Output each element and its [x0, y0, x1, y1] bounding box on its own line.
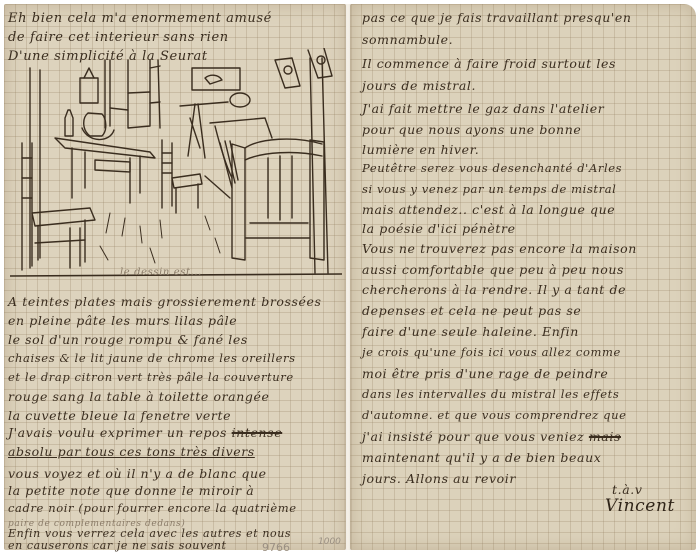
body-line: et le drap citron vert très pâle la couv… — [8, 372, 294, 384]
struck-word: intense — [232, 425, 283, 440]
chair-left-icon — [22, 143, 95, 270]
wall-picture-icon — [192, 68, 240, 90]
body-line: en causerons car je ne sais souvent — [8, 540, 227, 551]
archive-number: 9766 — [262, 541, 290, 554]
right-line: lumière en hiver. — [362, 144, 479, 157]
struck-word: mais — [589, 429, 621, 444]
towel-hook-icon — [80, 68, 98, 103]
right-line: la poésie d'ici pénètre — [362, 223, 516, 236]
right-line: J'ai fait mettre le gaz dans l'atelier — [362, 103, 604, 116]
right-line: d'automne. et que vous comprendrez que — [362, 410, 627, 422]
right-line: j'ai insisté pour que vous veniez mais — [362, 431, 621, 444]
chair-center-icon — [162, 140, 202, 213]
right-line: maintenant qu'il y a de bien beaux — [362, 452, 601, 465]
body-line: A teintes plates mais grossierement bros… — [8, 296, 322, 309]
body-line: vous voyez et où il n'y a de blanc que — [8, 468, 267, 481]
header-line: de faire cet interieur sans rien — [8, 31, 229, 44]
header-line: Eh bien cela m'a enormement amusé — [8, 12, 272, 25]
body-line: J'avais voulu exprimer un repos intense — [8, 427, 282, 440]
right-line: si vous y venez par un temps de mistral — [362, 184, 616, 196]
body-line: la cuvette bleue la fenetre verte — [8, 410, 231, 423]
page-fold — [344, 4, 352, 550]
right-line: somnambule. — [362, 34, 453, 47]
right-line: jours de mistral. — [362, 80, 476, 93]
body-line: absolu par tous ces tons très divers — [8, 446, 255, 459]
body-line: rouge sang la table à toilette orangée — [8, 391, 269, 404]
floor-strokes — [100, 213, 220, 263]
page-number: 1000 — [318, 537, 341, 547]
right-line: Peutêtre serez vous desenchanté d'Arles — [362, 163, 622, 175]
right-text: j'ai insisté pour que vous veniez — [362, 429, 584, 444]
window-icon — [105, 60, 160, 128]
closing: t.à.v — [612, 484, 642, 497]
right-line: dans les intervalles du mistral les effe… — [362, 389, 619, 401]
sketch-caption: le dessin est... — [120, 268, 202, 278]
right-line: chercherons à la rendre. Il y a tant de — [362, 284, 626, 297]
body-line: le sol d'un rouge rompu & fané les — [8, 334, 248, 347]
right-line: moi être pris d'une rage de peindre — [362, 368, 608, 381]
right-line: pas ce que je fais travaillant presqu'en — [362, 12, 632, 25]
body-text: J'avais voulu exprimer un repos — [8, 425, 227, 440]
right-line: depenses et cela ne peut pas se — [362, 305, 581, 318]
bedroom-sketch — [10, 48, 342, 280]
body-line: Enfin vous verrez cela avec les autres e… — [8, 528, 291, 539]
body-line: la petite note que donne le miroir à — [8, 485, 254, 498]
signature: Vincent — [605, 498, 675, 515]
right-line: mais attendez.. c'est à la longue que — [362, 204, 615, 217]
portrait-picture-icon — [275, 48, 332, 88]
right-line: Il commence à faire froid surtout les — [362, 58, 616, 71]
right-line: aussi comfortable que peu à peu nous — [362, 264, 624, 277]
right-line: faire d'une seule haleine. Enfin — [362, 326, 579, 339]
right-line: Vous ne trouverez pas encore la maison — [362, 243, 637, 256]
right-line: pour que nous ayons une bonne — [362, 124, 581, 137]
body-line: chaises & le lit jaune de chrome les ore… — [8, 353, 296, 365]
right-line: jours. Allons au revoir — [362, 473, 516, 486]
bed-icon — [205, 118, 324, 260]
body-line: en pleine pâte les murs lilas pâle — [8, 315, 237, 328]
right-line: je crois qu'une fois ici vous allez comm… — [362, 347, 621, 359]
body-line: cadre noir (pour fourrer encore la quatr… — [8, 503, 297, 515]
